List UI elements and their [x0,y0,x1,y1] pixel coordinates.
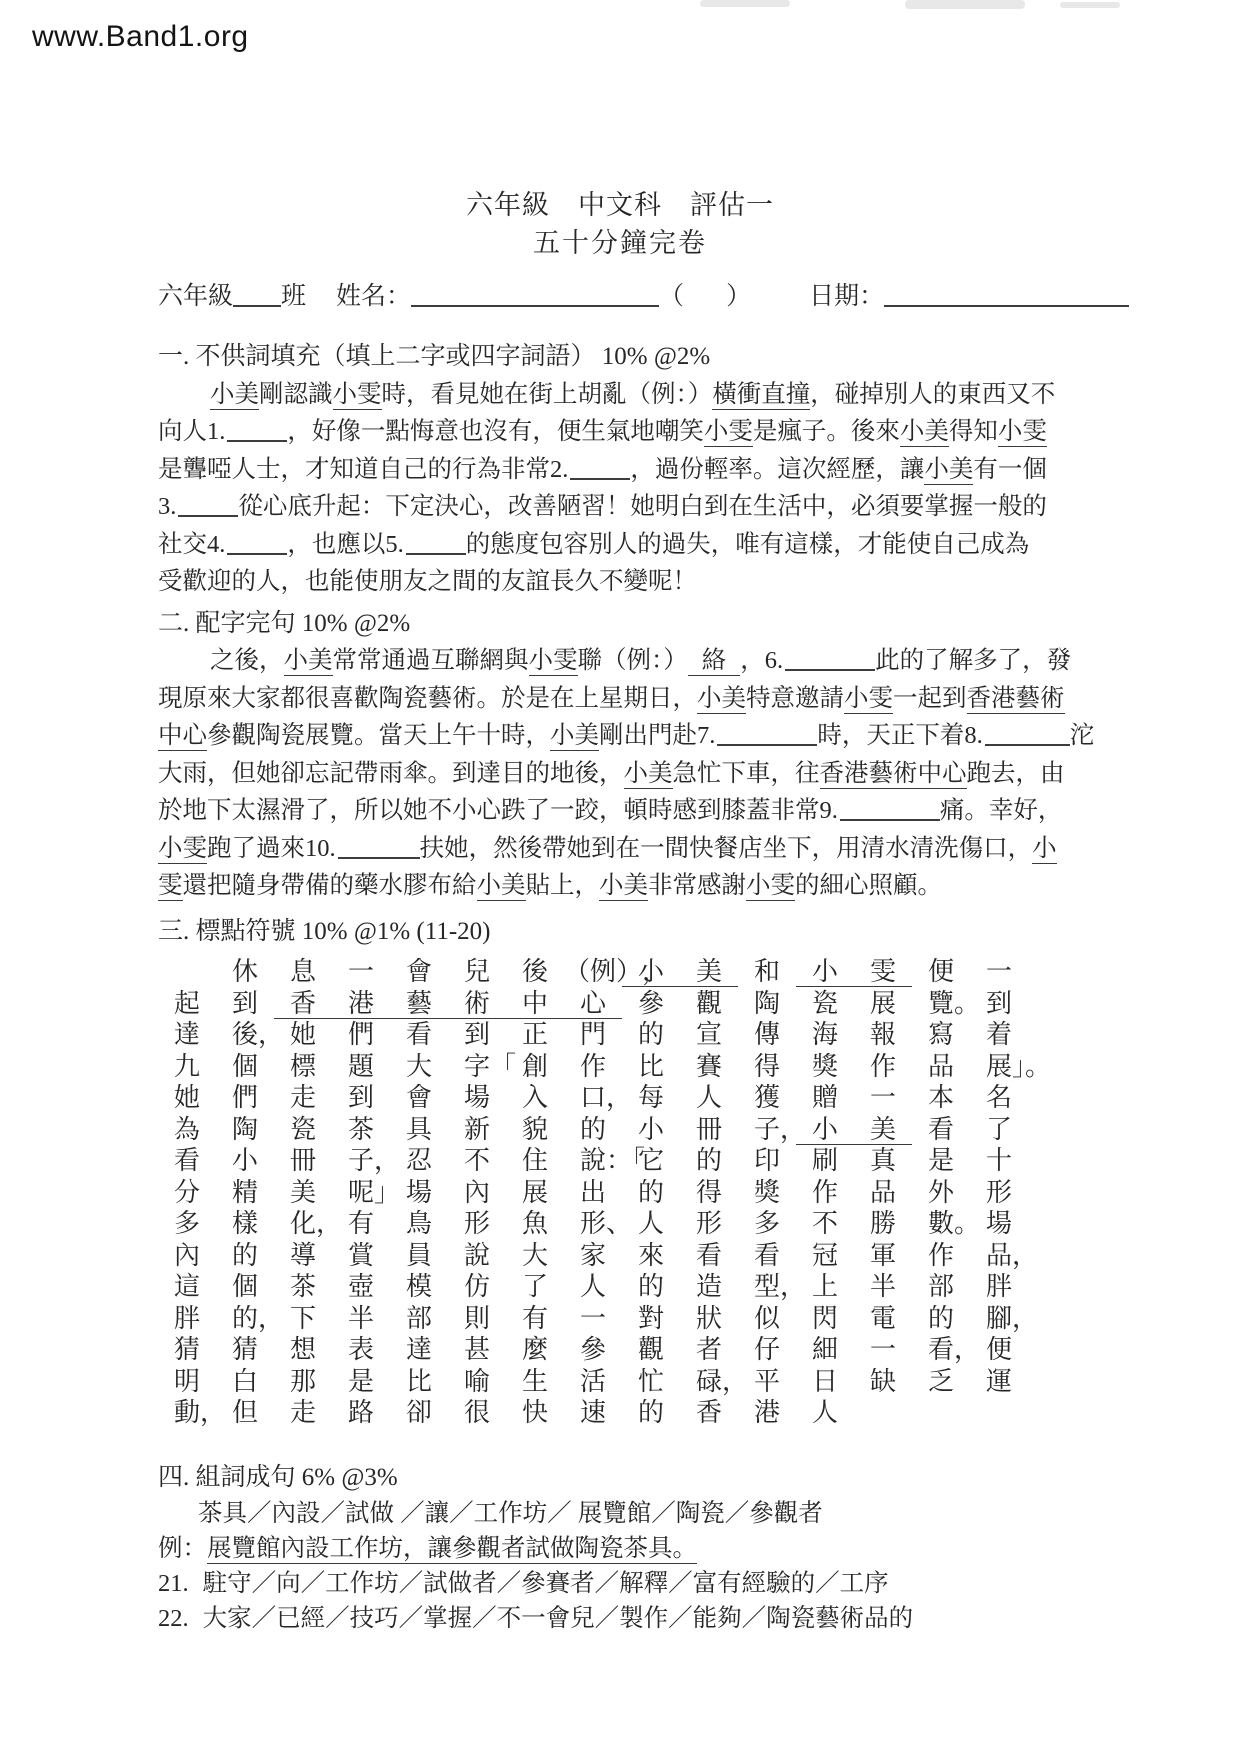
text-run: 日期： [809,283,884,310]
grid-cell: 形 [448,1208,506,1240]
exam-content: 六年級班姓名：（）日期： 一. 不供詞填充（填上二字或四字詞語） 10% @2%… [158,278,1120,1636]
grid-char: 的 [580,1114,606,1146]
grid-cell: 作 [564,1051,622,1083]
grid-cell: 有 [506,1303,564,1335]
grid-char: 外 [928,1177,954,1209]
underlined-text: 香港藝術中心 [820,760,967,789]
punctuation-mark: ， [316,1208,342,1240]
grid-char: 美 [696,956,722,988]
grid-cell: 正 [506,1019,564,1051]
grid-cell: 冊 [680,1114,738,1146]
grid-char: 創 [522,1051,548,1083]
text-run: 得知 [949,418,998,445]
grid-cell: 閃 [796,1303,854,1335]
grid-row: 胖的，下半部則有一對狀似閃電的腳， [158,1303,1120,1335]
grid-char: 她 [290,1019,316,1051]
grid-char: 形 [986,1177,1012,1209]
grid-char: 賽 [696,1051,722,1083]
grid-char: 者 [696,1334,722,1366]
grid-char: 上 [812,1271,838,1303]
grid-cell: 分 [158,1177,216,1209]
grid-cell: 得 [738,1051,796,1083]
grid-cell: 形、 [564,1208,622,1240]
grid-char: 看， [928,1334,954,1366]
text-run: 參觀陶瓷展覽。當天上午十時， [207,722,550,749]
text-run: 時，看見她在街上胡亂（例：） [382,381,713,408]
grid-char: 住 [522,1145,548,1177]
text-line: 小雯跑了過來10.扶她，然後帶她到在一間快餐店坐下，用清水清洗傷口，小 [158,830,1120,868]
grid-char: 走 [290,1082,316,1114]
grid-cell: 冊 [274,1145,332,1177]
blank-number: 7. [697,722,717,749]
grid-cell: 樣 [216,1208,274,1240]
grid-char: 會 [406,956,432,988]
grid-char: 仿 [464,1271,490,1303]
grid-cell: 來 [622,1240,680,1272]
grid-cell: 比 [390,1366,448,1398]
grid-char: 她 [174,1082,200,1114]
grid-char: 達 [406,1334,432,1366]
grid-char: 後 [522,956,548,988]
grid-char: 活 [580,1366,606,1398]
text-line: 茶具／內設／試做 ／讓／工作坊／ 展覽館／陶瓷／參觀者 [158,1496,1120,1531]
grid-char: 壺 [348,1271,374,1303]
grid-char: 的 [638,1019,664,1051]
underlined-text: 小美 [550,722,599,751]
grid-cell: 走 [274,1397,332,1429]
text-run: 向人 [158,418,207,445]
text-line: 21.駐守／向／工作坊／試做者／參賽者／解釋／富有經驗的／工序 [158,1566,1120,1601]
grid-cell: 題 [332,1051,390,1083]
scan-artifact [905,0,1025,9]
grid-cell: 看 [738,1240,796,1272]
grid-char: 多 [754,1208,780,1240]
grid-cell: 九 [158,1051,216,1083]
grid-char: 小 [812,956,838,988]
grid-cell: 很 [448,1397,506,1429]
grid-char: 休 [232,956,258,988]
text-run: 茶具／內設／試做 ／讓／工作坊／ 展覽館／陶瓷／參觀者 [198,1500,823,1527]
answer-blank [411,284,659,307]
grid-cell: 了 [506,1271,564,1303]
grid-cell: 傳 [738,1019,796,1051]
grid-char: 不 [812,1208,838,1240]
text-line: 例：展覽館內設工作坊，讓參觀者試做陶瓷茶具。 [158,1531,1120,1566]
grid-cell: 香 [274,988,332,1019]
underlined-text: 絡 [688,647,741,676]
grid-char: 日 [812,1366,838,1398]
grid-cell: 看 [912,1114,970,1146]
grid-cell: 是 [332,1366,390,1398]
grid-char: 和 [754,956,780,988]
text-run: ） [726,283,751,310]
grid-char: 忙 [638,1366,664,1398]
text-run: 受歡迎的人，也能使朋友之間的友誼長久不變呢！ [158,568,697,595]
grid-cell: 達 [158,1019,216,1051]
underlined-text: 小 [1032,835,1057,864]
grid-char: 美 [290,1177,316,1209]
grid-char: 們 [348,1019,374,1051]
underlined-text: 小美 [599,872,648,901]
blank-number: 9. [820,797,840,824]
grid-cell: 想 [274,1334,332,1366]
grid-char: 了 [522,1271,548,1303]
grid-char: 則 [464,1303,490,1335]
grid-cell: 乏 [912,1366,970,1398]
grid-char: 碌， [696,1366,722,1398]
grid-char: 觀 [638,1334,664,1366]
grid-char: 數。 [928,1208,954,1240]
answer-blank [227,419,287,442]
grid-char: （例）， [564,956,642,988]
grid-char: 喻 [464,1366,490,1398]
grid-cell: 缺 [854,1366,912,1398]
grid-char: 有 [348,1208,374,1240]
grid-cell: 軍 [854,1240,912,1272]
exam-subtitle: 五十分鐘完卷 [0,224,1240,262]
grid-char: 展 [870,988,896,1020]
grid-cell: 入 [506,1082,564,1114]
grid-char: 化， [290,1208,316,1240]
grid-cell: 港 [332,988,390,1019]
grid-cell: 人 [680,1082,738,1114]
grid-cell: 明 [158,1366,216,1398]
punctuation-mark: 」。 [1012,1051,1051,1083]
grid-cell: 甚 [448,1334,506,1366]
grid-char: 息 [290,956,316,988]
grid-char: 到 [986,988,1012,1020]
grid-char: 們 [232,1082,258,1114]
grid-char: 冊 [290,1145,316,1177]
grid-row: 猜猜想表達甚麼參觀者仔細一看，便 [158,1334,1120,1366]
text-run: 班 [281,283,306,310]
grid-cell: 到 [216,988,274,1020]
grid-cell: 生 [506,1366,564,1398]
text-run: 跑去，由 [967,760,1065,787]
text-line: 於地下太濕滑了，所以她不小心跌了一跤，頓時感到膝蓋非常9.痛。幸好， [158,792,1120,830]
grid-cell: 碌， [680,1366,738,1398]
grid-char: 表 [348,1334,374,1366]
grid-cell: 為 [158,1114,216,1146]
grid-cell: 腳， [970,1303,1028,1335]
grid-cell: 品 [854,1177,912,1209]
grid-char: 刷 [812,1145,838,1177]
text-line: 向人1.，好像一點悔意也沒有，便生氣地嘲笑小雯是瘋子。後來小美得知小雯 [158,413,1120,451]
grid-char: 乏 [928,1366,954,1398]
grid-char: 子， [348,1145,374,1177]
grid-cell: 速 [564,1397,622,1429]
grid-char: 場 [406,1177,432,1209]
grid-char: 起 [174,988,200,1020]
grid-cell: 展」。 [970,1051,1028,1083]
grid-cell: 模 [390,1271,448,1303]
punctuation-mark: ， [1012,1240,1038,1272]
grid-char: 一 [870,1334,896,1366]
grid-row: 動，但走路卻很快速的香港人 [158,1397,1120,1429]
grid-char: 藝 [406,988,432,1020]
grid-char: 美 [870,1114,896,1146]
grid-char: 電 [870,1303,896,1335]
grid-char: 似 [754,1303,780,1335]
section-body: 茶具／內設／試做 ／讓／工作坊／ 展覽館／陶瓷／參觀者例：展覽館內設工作坊，讓參… [158,1496,1120,1636]
grid-cell: 着 [970,1019,1028,1051]
text-run: 是聾啞人士，才知道自己的行為非常 [158,456,550,483]
grid-cell: 精 [216,1177,274,1209]
grid-char: 標 [290,1051,316,1083]
underlined-text: 小美 [624,760,673,789]
punctuation-mark: ， [722,1366,748,1398]
grid-char: 胖 [986,1271,1012,1303]
grid-char: 魚 [522,1208,548,1240]
grid-char: 一 [870,1082,896,1114]
grid-cell [854,1397,912,1429]
grid-cell: 鳥 [390,1208,448,1240]
punctuation-mark: 。 [954,1208,980,1240]
grid-cell: 表 [332,1334,390,1366]
grid-char: 人 [696,1082,722,1114]
grid-cell: 仿 [448,1271,506,1303]
section-2-complete-words: 二. 配字完句 10% @2% 之後，小美常常通過互聯網與小雯聯（例：）絡，6.… [158,605,1120,905]
grid-cell: 名 [970,1082,1028,1114]
grid-cell: 術 [448,988,506,1019]
grid-char: 形 [696,1208,722,1240]
grid-char: 作 [870,1051,896,1083]
grid-char: 茶 [290,1271,316,1303]
grid-cell: 電 [854,1303,912,1335]
text-run: 六年級 [158,283,233,310]
text-run: 大雨，但她卻忘記帶雨傘。到達目的地後， [158,760,624,787]
text-run: 例： [158,1535,207,1562]
grid-cell: 一 [564,1303,622,1335]
grid-cell: 具 [390,1114,448,1146]
grid-cell: 作 [912,1240,970,1272]
text-run: 從心底升起：下定決心，改善陋習！她明白到在生活中，必須要掌握一般的 [238,493,1047,520]
grid-cell: 品， [970,1240,1028,1272]
grid-char: 展」。 [986,1051,1012,1083]
spacer [306,303,336,304]
grid-cell: 子， [332,1145,390,1177]
grid-char: 小 [638,1114,664,1146]
grid-char: 胖 [174,1303,200,1335]
grid-cell: 的 [622,1177,680,1209]
underlined-text: 小雯 [844,685,893,714]
answer-blank [717,723,817,746]
grid-char: 的 [928,1303,954,1335]
section-4-sentence-building: 四. 組詞成句 6% @3% 茶具／內設／試做 ／讓／工作坊／ 展覽館／陶瓷／參… [158,1459,1120,1637]
grid-char: 的， [232,1303,258,1335]
grid-cell: 品 [912,1051,970,1083]
grid-char: 的 [638,1271,664,1303]
grid-char: 術 [464,988,490,1020]
grid-cell: 美 [680,956,738,987]
text-run: 非常感謝 [648,872,746,899]
grid-char: 分 [174,1177,200,1209]
grid-char: 看 [696,1240,722,1272]
text-run: ，碰掉別人的東西又不 [810,381,1055,408]
grid-cell: 後， [216,1019,274,1051]
grid-cell: 出 [564,1177,622,1209]
punctuation-mark: ， [258,1019,284,1051]
grid-cell: 人 [796,1397,854,1429]
underlined-text: 小雯 [704,418,753,447]
grid-char: 港 [754,1397,780,1429]
grid-char: 海 [812,1019,838,1051]
grid-char: 的 [696,1145,722,1177]
answer-blank [884,284,1129,307]
grid-char: 麼 [522,1334,548,1366]
grid-cell: 員 [390,1240,448,1272]
grid-char: 是 [928,1145,954,1177]
grid-cell: 卻 [390,1397,448,1429]
spacer [684,303,726,304]
grid-cell: 多 [158,1208,216,1240]
underlined-text: 橫衝直撞 [712,381,810,410]
underlined-text: 小雯 [746,872,795,901]
grid-char: 半 [348,1303,374,1335]
answer-blank [985,723,1070,746]
grid-char: 動， [174,1397,200,1429]
grid-cell: 的 [622,1019,680,1051]
text-line: 現原來大家都很喜歡陶瓷藝術。於是在上星期日，小美特意邀請小雯一起到香港藝術 [158,680,1120,718]
grid-cell: 運 [970,1366,1028,1398]
grid-cell: 說：「 [564,1145,622,1177]
grid-cell: 看， [912,1334,970,1366]
grid-cell: （例）， [564,956,622,988]
grid-char: 仔 [754,1334,780,1366]
grid-char: 部 [928,1271,954,1303]
underlined-text: 小美 [284,647,333,676]
underlined-text: 展覽館內設工作坊，讓參觀者試做陶瓷茶具。 [207,1535,697,1564]
grid-char: 真 [870,1145,896,1177]
grid-char: 軍 [870,1240,896,1272]
text-line: 雯還把隨身帶備的藥水膠布給小美貼上，小美非常感謝小雯的細心照顧。 [158,867,1120,905]
grid-cell: 狀 [680,1303,738,1335]
grid-char: 白 [232,1366,258,1398]
grid-char: 正 [522,1019,548,1051]
grid-char: 明 [174,1366,200,1398]
text-run: 有一個 [973,456,1047,483]
grid-cell: 不 [796,1208,854,1240]
section-3-punctuation: 三. 標點符號 10% @1% (11-20) 休息一會兒後（例），小美和小雯便… [158,913,1120,1429]
grid-cell: 藝 [390,988,448,1019]
grid-char: 瓷 [290,1114,316,1146]
grid-cell: 勝 [854,1208,912,1240]
grid-char: 造 [696,1271,722,1303]
grid-cell: 白 [216,1366,274,1398]
grid-char: 半 [870,1271,896,1303]
blank-number: 5. [385,531,405,558]
grid-cell: 走 [274,1082,332,1114]
grid-char: 雯 [870,956,896,988]
grid-char: 那 [290,1366,316,1398]
grid-cell: 者 [680,1334,738,1366]
blank-number: 6. [765,647,785,674]
grid-char: 速 [580,1397,606,1429]
grid-char: 一 [348,956,374,988]
text-run: 的細心照顧。 [795,872,942,899]
grid-char: 人 [580,1271,606,1303]
grid-char: 說 [464,1240,490,1272]
text-line: 是聾啞人士，才知道自己的行為非常2.，過份輕率。這次經歷，讓小美有一個 [158,451,1120,489]
grid-cell: 陶 [738,988,796,1020]
text-run: 剛出門赴 [599,722,697,749]
text-line: 大雨，但她卻忘記帶雨傘。到達目的地後，小美急忙下車，往香港藝術中心跑去，由 [158,755,1120,793]
grid-row: 這個茶壺模仿了人的造型，上半部胖 [158,1271,1120,1303]
text-run: ，也應以 [287,531,385,558]
blank-number: 10. [305,835,338,862]
section-heading: 三. 標點符號 10% @1% (11-20) [158,913,1120,951]
grid-char: 忍 [406,1145,432,1177]
grid-char: 形、 [580,1208,606,1240]
punctuation-mark: 「 [490,1051,516,1083]
grid-char: 場 [986,1208,1012,1240]
grid-cell: 化， [274,1208,332,1240]
blank-number: 2. [550,456,570,483]
answer-blank [338,836,420,859]
section-1-fill-in: 一. 不供詞填充（填上二字或四字詞語） 10% @2% 小美剛認識小雯時，看見她… [158,338,1120,601]
grid-char: 形 [464,1208,490,1240]
grid-char: 對 [638,1303,664,1335]
grid-cell: 港 [738,1397,796,1429]
grid-char: 個 [232,1271,258,1303]
grid-char: 茶 [348,1114,374,1146]
text-run: 是瘋子。後來 [753,418,900,445]
grid-cell: 展 [506,1177,564,1209]
grid-cell: 則 [448,1303,506,1335]
grid-cell: 的 [564,1114,622,1146]
underlined-text: 小雯 [529,647,578,676]
grid-cell: 瓷 [274,1114,332,1146]
grid-cell: 大 [506,1240,564,1272]
section-body: 小美剛認識小雯時，看見她在街上胡亂（例：）橫衝直撞，碰掉別人的東西又不向人1.，… [158,376,1120,601]
text-run: 駐守／向／工作坊／試做者／參賽者／解釋／富有經驗的／工序 [203,1570,889,1597]
grid-char: 樣 [232,1208,258,1240]
grid-char: 冊 [696,1114,722,1146]
grid-char: 本 [928,1082,954,1114]
grid-char: 後， [232,1019,258,1051]
answer-blank [406,532,466,555]
grid-char: 型， [754,1271,780,1303]
grid-char: 便 [928,956,954,988]
blank-number: 4. [207,531,227,558]
grid-char: 細 [812,1334,838,1366]
grid-cell: 多 [738,1208,796,1240]
grid-cell: 息 [274,956,332,988]
grid-cell: 的， [216,1303,274,1335]
grid-cell: 便 [912,956,970,988]
grid-cell: 印 [738,1145,796,1177]
text-run: 21. [158,1570,189,1597]
grid-char: 小 [638,956,664,988]
underlined-text: 小美 [900,418,949,447]
exam-paper-page: www.Band1.org 六年級 中文科 評估一 五十分鐘完卷 六年級班姓名：… [0,0,1240,1754]
grid-char: 看 [174,1145,200,1177]
grid-cell: 胖 [158,1303,216,1335]
grid-cell: 覽。 [912,988,970,1020]
grid-char: 的 [232,1240,258,1272]
grid-char: 覽。 [928,988,954,1020]
grid-char: 看 [928,1114,954,1146]
grid-char: 但 [232,1397,258,1429]
grid-char: 呢」 [348,1177,374,1209]
grid-cell: 兒 [448,956,506,988]
grid-cell: 參 [622,988,680,1020]
punctuation-mark: ， [258,1303,284,1335]
grid-cell: 瓷 [796,988,854,1020]
text-run: 痛。幸好， [940,797,1063,824]
grid-cell: 仔 [738,1334,796,1366]
grid-cell: 外 [912,1177,970,1209]
